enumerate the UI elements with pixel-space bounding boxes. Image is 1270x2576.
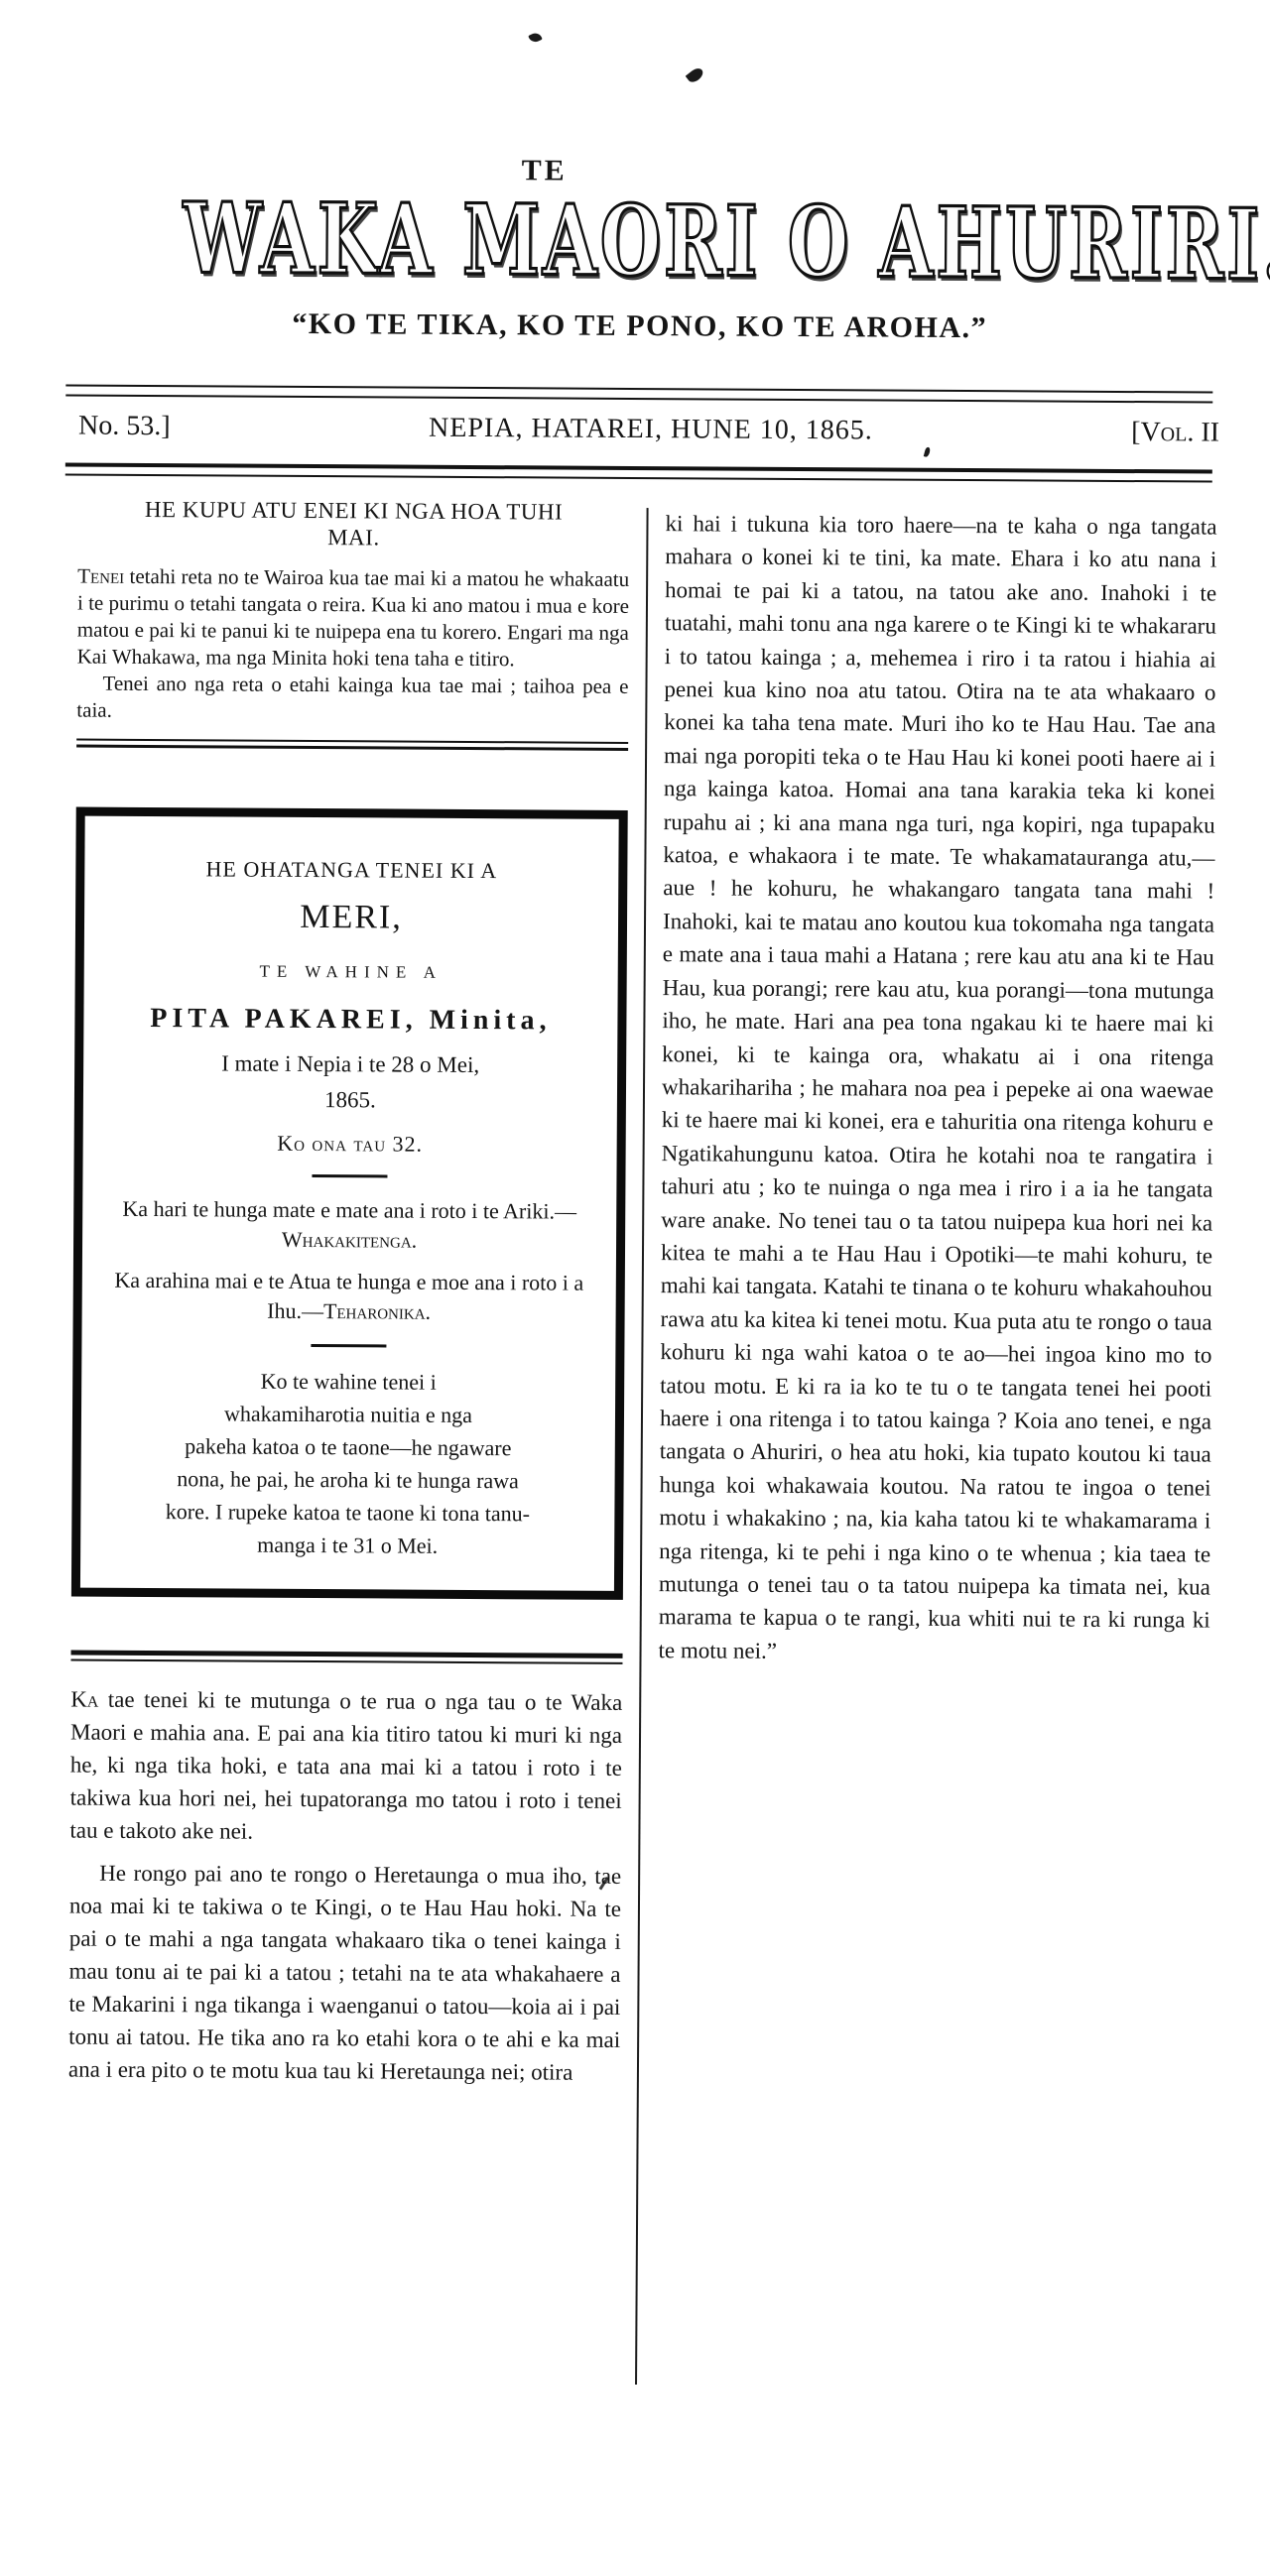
newspaper-page: TE WAKA MAORI O AHURIRI. “KO TE TIKA, KO… (0, 0, 1270, 2576)
paragraph-text: tae tenei ki te mutunga o te rua o nga t… (69, 1687, 622, 1844)
editorial-paragraph-1: Ka tae tenei ki te mutunga o te rua o ng… (69, 1683, 622, 1850)
obituary-intro: HE OHATANGA TENEI KI A (104, 856, 598, 885)
verse-text: Ka hari te hunga mate e mate ana i roto … (122, 1196, 576, 1224)
obituary-verse-1: Ka hari te hunga mate e mate ana i roto … (112, 1194, 586, 1257)
tribute-line: kore. I rupeke katoa te taone ki tona ta… (100, 1495, 594, 1531)
obituary-relation: TE WAHINE A (104, 961, 598, 984)
top-rule-lower (65, 394, 1212, 403)
masthead-motto: “KO TE TIKA, KO TE PONO, KO TE AROHA.” (5, 306, 1270, 347)
obituary-name: MERI, (104, 898, 598, 938)
volume-number: [Vol. II (1131, 417, 1219, 449)
edition-dateline: NEPIA, HATAREI, HUNE 10, 1865. (429, 413, 873, 447)
paragraph-lead-word: Tenei (77, 564, 124, 588)
section-divider-rule (76, 739, 628, 751)
obituary-death-year: 1865. (103, 1086, 597, 1115)
obituary-verse-2: Ka arahina mai e te Atua te hunga e moe … (112, 1266, 586, 1328)
left-column: HE KUPU ATU ENEI KI NGA HOA TUHI MAI. Te… (68, 496, 630, 2089)
obituary-death-date: I mate i Nepia i te 28 o Mei, (103, 1050, 597, 1079)
obituary-tribute: Ko te wahine tenei i whakamiharotia nuit… (100, 1364, 595, 1563)
right-column: ki hai i tukuna kia toro haere—na te kah… (658, 501, 1216, 1670)
obituary-rule-1 (312, 1174, 387, 1177)
obituary-rule-2 (311, 1344, 386, 1347)
dateline: No. 53.] NEPIA, HATAREI, HUNE 10, 1865. … (78, 411, 1219, 449)
paragraph-text: tetahi reta no te Wairoa kua tae mai ki … (77, 564, 630, 671)
verse-source: Whakakitenga. (282, 1227, 417, 1253)
column-divider-rule (635, 508, 649, 2385)
masthead-title: WAKA MAORI O AHURIRI. (183, 182, 1097, 302)
mid-rule-thin (65, 473, 1212, 482)
tribute-line: whakamiharotia nuitia e nga (101, 1397, 595, 1432)
verse-source: Teharonika. (323, 1298, 431, 1324)
obituary-age: Ko ona tau 32. (103, 1130, 597, 1159)
mid-rule-thick (65, 462, 1212, 473)
ink-mark (686, 65, 705, 84)
article-heading-line2: MAI. (327, 525, 380, 550)
tribute-line: nona, he pai, he aroha ki te hunga rawa (101, 1462, 595, 1498)
issue-number: No. 53.] (78, 411, 171, 443)
section-divider-rule (70, 1651, 622, 1664)
article-heading: HE KUPU ATU ENEI KI NGA HOA TUHI MAI. (77, 496, 629, 552)
ink-mark (924, 446, 931, 457)
editorial-paragraph-2: He rongo pai ano te rongo o Heretaunga o… (68, 1857, 621, 2089)
tribute-line: manga i te 31 o Mei. (100, 1528, 594, 1563)
letters-paragraph-1: Tenei tetahi reta no te Wairoa kua tae m… (77, 563, 630, 674)
letters-paragraph-2: Tenei ano nga reta o etahi kainga kua ta… (76, 671, 628, 727)
ink-mark (528, 31, 543, 44)
top-rule-upper (65, 384, 1212, 393)
paragraph-lead-word: Ka (70, 1687, 98, 1712)
obituary-husband-name: PITA PAKAREI, Minita, (103, 1003, 597, 1038)
tribute-line: pakeha katoa o te taone—he ngaware (101, 1429, 595, 1465)
obituary-box: HE OHATANGA TENEI KI A MERI, TE WAHINE A… (71, 807, 628, 1600)
article-heading-line1: HE KUPU ATU ENEI KI NGA HOA TUHI (145, 497, 563, 525)
editorial-continuation: ki hai i tukuna kia toro haere—na te kah… (658, 507, 1216, 1670)
tribute-line: Ko te wahine tenei i (101, 1364, 595, 1400)
